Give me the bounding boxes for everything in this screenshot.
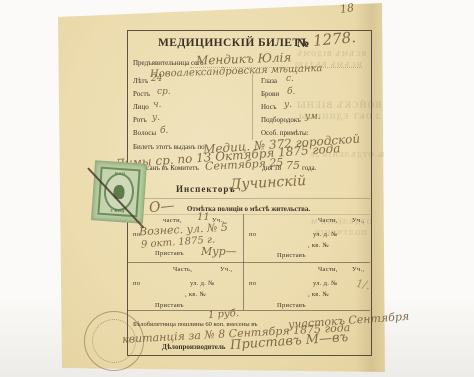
cell4-po-label: по: [249, 280, 256, 287]
field-label-face: Лицо: [133, 103, 149, 111]
field-value-age: 24: [151, 74, 162, 84]
field-label-mouth: Ротъ: [133, 116, 147, 124]
clerk-label: Дѣлопроизводитель: [162, 343, 226, 351]
field-value-chin: ум.: [305, 112, 321, 122]
cell3-street-label: ул. д. №: [190, 280, 215, 287]
table-top-line: [127, 214, 370, 215]
cell4-kv-label: , кв. №: [308, 291, 329, 298]
cell4-street-label: ул. д. №: [313, 280, 338, 287]
cell3-part-label: Часть,: [173, 266, 192, 273]
margin-pencil-mark: 1/.: [355, 277, 371, 292]
number-label: №: [297, 36, 309, 51]
field-label-height: Ростъ: [133, 90, 150, 98]
field-value-eyes: с.: [286, 74, 294, 84]
fee-amount-handwritten: 1 руб.: [208, 308, 240, 321]
cell4-uch-label: Уч.,: [352, 266, 364, 273]
issue-handwritten-year: 75: [286, 159, 300, 172]
cell2-pristav-label: Приставъ: [277, 252, 306, 259]
inspector-label: Инспекторъ: [176, 184, 236, 194]
field-value-nose: у.: [284, 100, 292, 110]
cell2-street-label: ул. д. №: [313, 231, 338, 238]
cell2-part-label: Части,: [318, 217, 338, 224]
description-column-divider: [252, 74, 253, 140]
field-label-brows: Брови: [261, 90, 279, 98]
table-bottom-line: [127, 310, 370, 311]
corner-page-number: 18: [339, 1, 355, 16]
document-number-handwritten: 1278.: [312, 28, 356, 50]
cell2-uch-label: Уч.,: [352, 217, 364, 224]
field-value-face: ч.: [153, 100, 161, 110]
field-label-age: Лѣтъ: [133, 77, 148, 85]
cell1-pristav-signature: Мур—: [201, 245, 237, 258]
field-label-hair: Волосы: [133, 129, 156, 137]
issue-printed-year-end: года.: [302, 164, 316, 172]
round-ink-seal-icon: [84, 311, 144, 371]
cell2-kv-label: , кв. №: [308, 242, 329, 249]
field-label-eyes: Глаза: [261, 77, 277, 85]
field-label-nose: Носъ: [261, 103, 276, 111]
cell3-pristav-label: Приставъ: [155, 302, 184, 309]
cell4-pristav-label: Приставъ: [277, 302, 306, 309]
document-title: МЕДИЦИНСКІЙ БИЛЕТЪ: [158, 37, 310, 49]
field-value-hair: б.: [160, 126, 168, 136]
table-horizontal-divider: [127, 262, 370, 263]
scanned-document-photo: ВСѢМЪ ВІДОМЪ ВСѢМЪ ВѢДАЮ ВОЙСКЪ ВІЕНЫ 2 …: [0, 0, 474, 377]
field-value-mouth: у.: [152, 113, 160, 123]
revenue-stamp-icon: КОП 5 КОП: [92, 161, 146, 222]
cell4-part-label: Части,: [318, 266, 338, 273]
cell2-po-label: по: [249, 231, 256, 238]
field-value-brows: б.: [287, 87, 295, 97]
cell3-uch-label: Уч.,: [220, 266, 232, 273]
field-value-height: ср.: [157, 87, 171, 97]
revenue-stamp-frame: КОП 5 КОП: [97, 167, 140, 218]
round-ink-seal-inner-ring: [92, 319, 136, 363]
issue-printed-day: дня 18: [262, 164, 281, 172]
field-label-chin: Подбородокъ: [261, 116, 301, 124]
cell3-kv-label: , кв. №: [185, 291, 206, 298]
cell3-po-label: по: [133, 280, 140, 287]
issue-printed-start: Билетъ этотъ выданъ по: [133, 143, 205, 151]
revenue-stamp-oval: [103, 172, 136, 212]
cell1-pristav-label: Приставъ: [155, 250, 184, 257]
